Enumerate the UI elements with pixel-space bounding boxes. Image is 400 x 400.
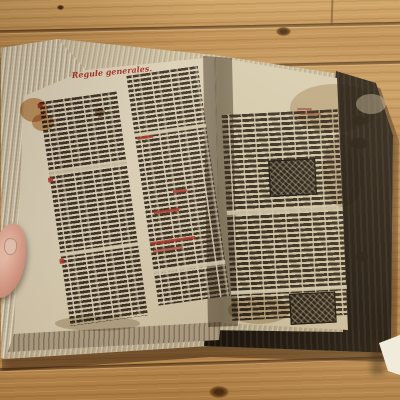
rubric-subheading bbox=[150, 236, 196, 245]
paragraph-gap bbox=[154, 260, 226, 274]
paragraph-gap bbox=[60, 242, 138, 257]
rubric-inline bbox=[153, 246, 183, 253]
stain bbox=[228, 296, 290, 324]
tear-hole bbox=[356, 252, 368, 261]
paragraph-gap bbox=[49, 161, 127, 176]
stain bbox=[32, 114, 54, 131]
stain bbox=[55, 316, 140, 331]
cover-wear bbox=[356, 94, 386, 114]
rubric-inline bbox=[173, 189, 187, 193]
photo-antique-book-on-floor: Regule generales. bbox=[0, 0, 400, 400]
rubric-mark bbox=[59, 258, 65, 264]
text-block bbox=[222, 109, 349, 321]
tear-hole bbox=[351, 138, 367, 149]
wood-knot bbox=[57, 5, 64, 10]
wood-knot bbox=[276, 27, 291, 36]
plank-seam bbox=[0, 22, 400, 34]
rubric-inline bbox=[153, 208, 179, 214]
rubric-mark bbox=[48, 177, 54, 183]
left-page-text: Regule generales. bbox=[30, 53, 243, 341]
right-page-text bbox=[222, 109, 349, 321]
woodcut-initial bbox=[268, 158, 317, 196]
plank-joint bbox=[331, 0, 334, 25]
wood-knot bbox=[209, 386, 229, 398]
paragraph-gap bbox=[227, 205, 343, 215]
stain bbox=[95, 108, 105, 117]
tear-hole bbox=[352, 116, 365, 125]
woodcut-initial bbox=[289, 291, 337, 324]
fingernail bbox=[3, 238, 17, 256]
